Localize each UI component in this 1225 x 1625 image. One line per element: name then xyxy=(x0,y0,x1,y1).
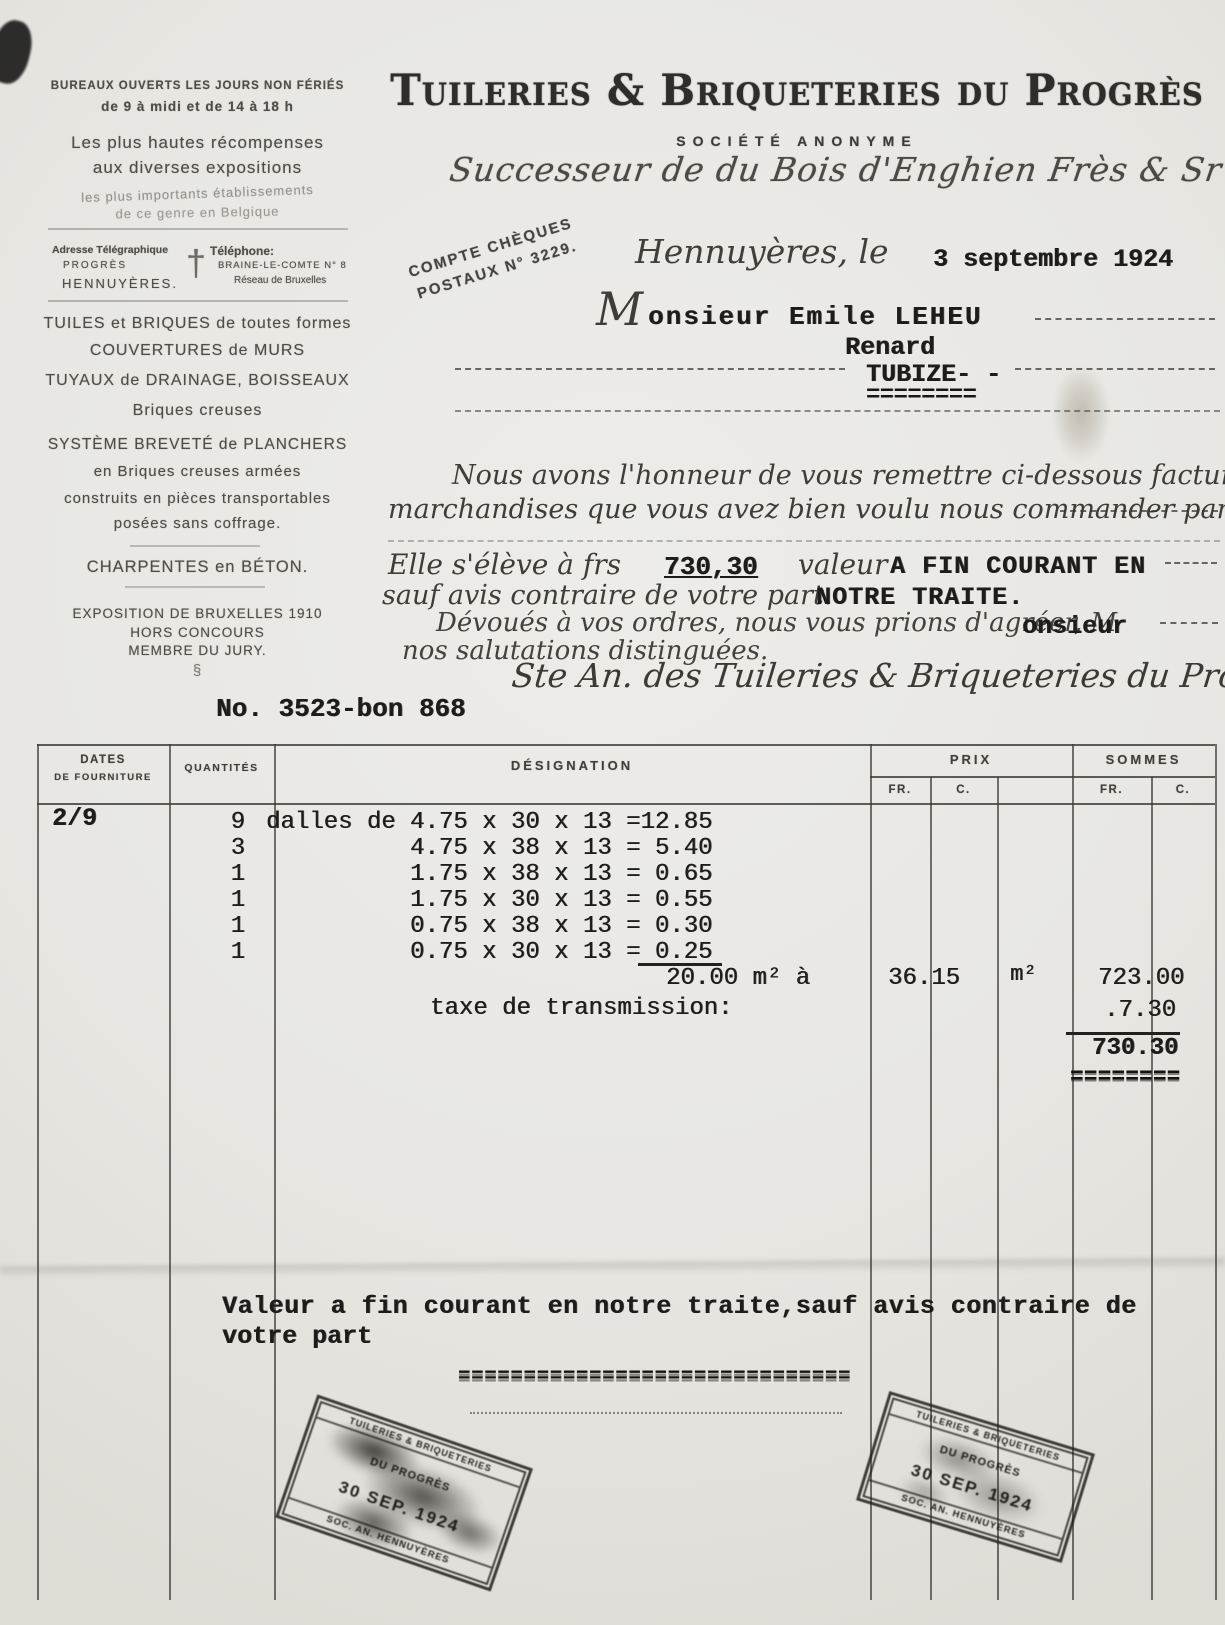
office-hours-line1: BUREAUX OUVERTS LES JOURS NON FÉRIÉS xyxy=(30,80,365,92)
row-designation: 0.75 x 38 x 13 = 0.30 xyxy=(410,914,712,940)
phone-label: Téléphone: xyxy=(210,244,370,258)
telegraph-address-name: PROGRÈS xyxy=(20,260,170,271)
compte-cheques-note: COMPTE CHÈQUES POSTAUX N° 3229. xyxy=(401,211,587,308)
telegraph-address-place: HENNUYÈRES. xyxy=(45,276,195,291)
sidebar-divider-2 xyxy=(48,300,348,302)
sidebar-divider-1 xyxy=(48,228,348,230)
place-date-script: Hennuyères, le xyxy=(635,232,889,271)
col-header-prix-fr: FR. xyxy=(870,784,930,796)
product-line-8: posées sans coffrage. xyxy=(30,515,365,532)
footer-terms-line2: votre part xyxy=(222,1322,372,1351)
table-vline-quantites xyxy=(274,744,276,1600)
col-header-sommes: SOMMES xyxy=(1072,752,1215,767)
table-vline-sommes-frc xyxy=(1151,777,1153,1600)
closing-dash-right xyxy=(1160,622,1218,624)
col-header-prix: PRIX xyxy=(870,752,1072,767)
footer-dotted-line xyxy=(470,1412,842,1414)
product-line-2: COUVERTURES de MURS xyxy=(30,342,365,360)
tax-label: taxe de transmission: xyxy=(430,996,732,1022)
successor-line: Successeur de du Bois d'Enghien Frès & S… xyxy=(447,150,1224,189)
amount-dash-right xyxy=(1165,562,1217,564)
grand-total-underline: ======== xyxy=(1070,1064,1180,1090)
row-qty: 3 xyxy=(160,836,245,862)
payment-terms-typed-1: A FIN COURANT EN xyxy=(890,552,1146,581)
table-subheader-line xyxy=(870,776,1215,778)
sidebar-divider-4 xyxy=(125,586,265,588)
tax-amount: .7.30 xyxy=(1104,998,1176,1024)
row-designation: 1.75 x 38 x 13 = 0.65 xyxy=(410,862,712,888)
invoice-reference: No. 3523-bon 868 xyxy=(216,694,466,724)
expo-line-3: MEMBRE DU JURY. xyxy=(30,643,365,658)
phone-network: Réseau de Bruxelles xyxy=(234,275,394,286)
awards-line1: Les plus hautes récompenses xyxy=(30,133,365,153)
awards-faded-line2: de ce genre en Belgique xyxy=(30,202,365,223)
body-dash-1 xyxy=(1060,510,1218,512)
product-line-7: construits en pièces transportables xyxy=(30,490,365,507)
row-designation: 1.75 x 30 x 13 = 0.55 xyxy=(410,888,712,914)
rubber-stamp-right: TUILERIES & BRIQUETERIES DU PROGRÈS 30 S… xyxy=(856,1391,1095,1563)
unit-label: m² xyxy=(1010,962,1036,988)
product-line-5: SYSTÈME BREVETÉ de PLANCHERS xyxy=(30,436,365,454)
product-line-1: TUILES et BRIQUES de toutes formes xyxy=(30,315,365,333)
footer-terms-line1: Valeur a fin courant en notre traite,sau… xyxy=(222,1292,1137,1321)
addressee-name: onsieur Emile LEHEU xyxy=(648,302,982,332)
phone-number: BRAINE-LE-COMTE N° 8 xyxy=(218,260,388,271)
sidebar-divider-3 xyxy=(130,545,260,547)
address-dash-bottom xyxy=(455,410,1220,412)
office-hours-line2: de 9 à midi et de 14 à 18 h xyxy=(30,99,365,114)
telegraph-address-label: Adresse Télégraphique xyxy=(35,244,185,256)
body-line1: Nous avons l'honneur de vous remettre ci… xyxy=(452,460,1225,491)
grand-total: 730.30 xyxy=(1092,1036,1178,1062)
sidebar-end-mark: § xyxy=(30,662,365,679)
col-header-designation: DÉSIGNATION xyxy=(274,758,870,773)
footer-equals-row: ============================== xyxy=(458,1366,851,1389)
row-designation: dalles de 4.75 x 30 x 13 =12.85 xyxy=(266,810,712,836)
product-line-6: en Briques creuses armées xyxy=(30,463,365,480)
invoice-document: BUREAUX OUVERTS LES JOURS NON FÉRIÉS de … xyxy=(0,0,1225,1625)
address-dash-left xyxy=(455,368,845,370)
col-header-sommes-fr: FR. xyxy=(1072,784,1151,796)
address-dash-right xyxy=(1015,368,1215,370)
row-qty: 1 xyxy=(160,862,245,888)
fold-crease xyxy=(0,1258,1225,1279)
addressee-underline: ======== xyxy=(866,382,976,408)
row-qty: 1 xyxy=(160,940,245,966)
body-dash-2 xyxy=(388,540,1220,542)
terms-prefix-script: sauf avis contraire de votre part. xyxy=(382,580,832,611)
addressee-line2: Renard xyxy=(845,333,935,362)
scan-corner-mark xyxy=(0,16,37,87)
col-header-dates-line2: DE FOURNITURE xyxy=(37,772,169,783)
table-top-border xyxy=(37,744,1215,746)
table-vline-left xyxy=(37,744,39,1600)
col-header-dates-line1: DATES xyxy=(37,754,169,766)
row-qty: 1 xyxy=(160,914,245,940)
salutation-initial: M xyxy=(596,282,643,336)
closing-line1-typed: onsieur xyxy=(1022,612,1127,641)
col-header-quantites: QUANTITÉS xyxy=(169,762,274,774)
row-designation: 4.75 x 38 x 13 = 5.40 xyxy=(410,836,712,862)
date-typed: 3 septembre 1924 xyxy=(933,245,1173,274)
subtotal-amount: 723.00 xyxy=(1098,966,1184,992)
col-header-sommes-c: C. xyxy=(1151,784,1215,796)
addressee-dash-right xyxy=(1035,318,1215,320)
expo-line-1: EXPOSITION DE BRUXELLES 1910 xyxy=(30,606,365,621)
paper-stain xyxy=(1052,366,1110,462)
product-line-3: TUYAUX de DRAINAGE, BOISSEAUX xyxy=(30,372,365,390)
signature-line: Ste An. des Tuileries & Briqueteries du … xyxy=(510,656,1225,695)
amount-prefix-script: Elle s'élève à frs xyxy=(388,548,621,581)
expo-line-2: HORS CONCOURS xyxy=(30,625,365,640)
row-qty: 9 xyxy=(160,810,245,836)
rubber-stamp-left: TUILERIES & BRIQUETERIES DU PROGRÈS 30 S… xyxy=(275,1394,533,1591)
delivery-date: 2/9 xyxy=(52,806,97,832)
product-line-4: Briques creuses xyxy=(30,402,365,420)
closing-line1-script: Dévoués à vos ordres, nous vous prions d… xyxy=(436,608,1117,638)
amount-mid-script: valeur xyxy=(798,548,887,581)
table-vline-right xyxy=(1215,744,1217,1600)
unit-price: 36.15 xyxy=(888,966,960,992)
table-header-bottom xyxy=(37,803,1215,805)
subtotal-quantity: 20.00 m² à xyxy=(666,966,810,992)
awards-line2: aux diverses expositions xyxy=(30,158,365,178)
dagger-divider-icon: † xyxy=(186,242,206,284)
col-header-prix-c: C. xyxy=(930,784,997,796)
row-qty: 1 xyxy=(160,888,245,914)
charpentes-line: CHARPENTES en BÉTON. xyxy=(30,558,365,577)
amount-value: 730,30 xyxy=(664,552,758,582)
company-title: Tuileries & Briqueteries du Progrès xyxy=(388,65,1206,116)
company-subtitle: SOCIÉTÉ ANONYME xyxy=(388,133,1206,149)
